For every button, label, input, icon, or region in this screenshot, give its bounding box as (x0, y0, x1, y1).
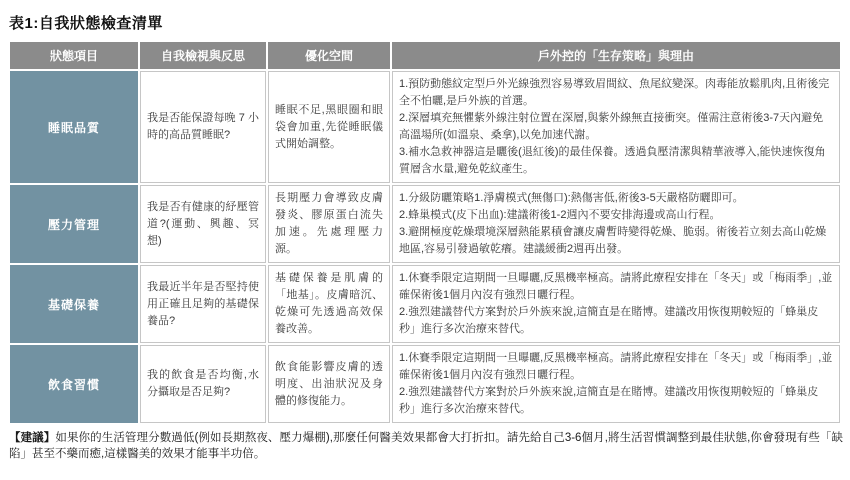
advice-note: 【建議】如果你的生活管理分數過低(例如長期熬夜、壓力爆棚),那麼任何醫美效果都會… (8, 430, 843, 462)
advice-note-text: 如果你的生活管理分數過低(例如長期熬夜、壓力爆棚),那麼任何醫美效果都會大打折扣… (9, 432, 843, 460)
reflection-cell: 我最近半年是否堅持使用正確且足夠的基礎保養品? (140, 265, 266, 343)
optimization-cell: 長期壓力會導致皮膚發炎、膠原蛋白流失加速。先處理壓力源。 (268, 185, 390, 263)
header-status-item: 狀態項目 (10, 42, 138, 69)
reflection-cell: 我是否能保證每晚 7 小時的高品質睡眠? (140, 71, 266, 183)
table-row-skincare: 基礎保養 我最近半年是否堅持使用正確且足夠的基礎保養品? 基礎保養是肌膚的「地基… (10, 265, 840, 343)
status-cell: 飲食習慣 (10, 345, 138, 423)
optimization-cell: 基礎保養是肌膚的「地基」。皮膚暗沉、乾燥可先透過高效保養改善。 (268, 265, 390, 343)
advice-note-label: 【建議】 (9, 432, 55, 444)
table-row-diet: 飲食習慣 我的飲食是否均衡,水分攝取是否足夠? 飲食能影響皮膚的透明度、出油狀況… (10, 345, 840, 423)
strategy-cell: 1.分級防曬策略1.淨膚模式(無傷口):熱傷害低,術後3-5天嚴格防曬即可。 2… (392, 185, 840, 263)
reflection-cell: 我是否有健康的紓壓管道?(運動、興趣、冥想) (140, 185, 266, 263)
self-check-table: 狀態項目 自我檢視與反思 優化空間 戶外控的「生存策略」與理由 睡眠品質 我是否… (8, 40, 842, 425)
header-survival-strategy: 戶外控的「生存策略」與理由 (392, 42, 840, 69)
optimization-cell: 睡眠不足,黑眼圈和眼袋會加重,先從睡眠儀式開始調整。 (268, 71, 390, 183)
reflection-cell: 我的飲食是否均衡,水分攝取是否足夠? (140, 345, 266, 423)
optimization-cell: 飲食能影響皮膚的透明度、出油狀況及身體的修復能力。 (268, 345, 390, 423)
header-self-reflection: 自我檢視與反思 (140, 42, 266, 69)
status-cell: 基礎保養 (10, 265, 138, 343)
status-cell: 睡眠品質 (10, 71, 138, 183)
strategy-cell: 1.預防動態紋定型戶外光線強烈容易導致眉間紋、魚尾紋變深。肉毒能放鬆肌肉,且術後… (392, 71, 840, 183)
table-row-sleep: 睡眠品質 我是否能保證每晚 7 小時的高品質睡眠? 睡眠不足,黑眼圈和眼袋會加重… (10, 71, 840, 183)
strategy-cell: 1.休賽季限定這期間一旦曝曬,反黑機率極高。請將此療程安排在「冬天」或「梅雨季」… (392, 345, 840, 423)
page: 表1:自我狀態檢查清單 狀態項目 自我檢視與反思 優化空間 戶外控的「生存策略」… (0, 0, 850, 462)
header-row: 狀態項目 自我檢視與反思 優化空間 戶外控的「生存策略」與理由 (10, 42, 840, 69)
page-title: 表1:自我狀態檢查清單 (9, 12, 842, 33)
strategy-cell: 1.休賽季限定這期間一旦曝曬,反黑機率極高。請將此療程安排在「冬天」或「梅雨季」… (392, 265, 840, 343)
status-cell: 壓力管理 (10, 185, 138, 263)
header-optimization: 優化空間 (268, 42, 390, 69)
table-row-stress: 壓力管理 我是否有健康的紓壓管道?(運動、興趣、冥想) 長期壓力會導致皮膚發炎、… (10, 185, 840, 263)
